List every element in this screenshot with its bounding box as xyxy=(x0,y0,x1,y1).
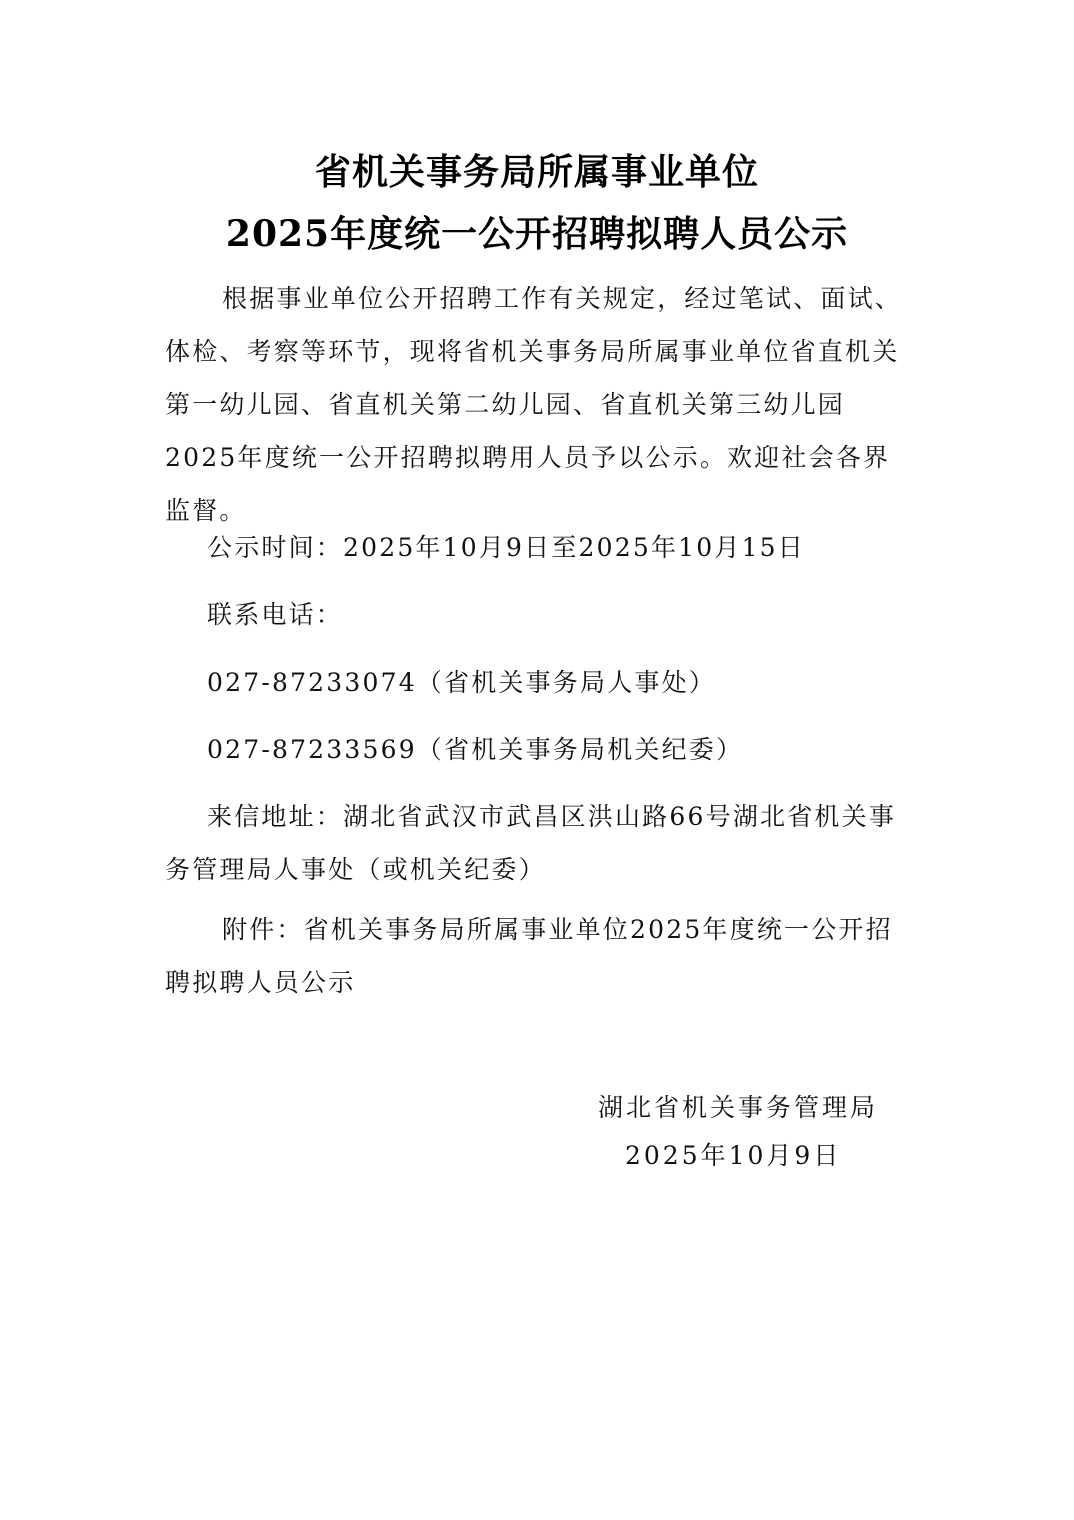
contact-label: 联系电话： xyxy=(207,597,343,633)
attachment-note: 附件：省机关事务局所属事业单位2025年度统一公开招聘拟聘人员公示 xyxy=(165,903,915,1009)
title-line-1: 省机关事务局所属事业单位 xyxy=(0,150,1074,194)
intro-paragraph: 根据事业单位公开招聘工作有关规定，经过笔试、面试、体检、考察等环节，现将省机关事… xyxy=(165,272,915,537)
mail-address: 来信地址：湖北省武汉市武昌区洪山路66号湖北省机关事务管理局人事处（或机关纪委） xyxy=(165,790,915,896)
publicity-period: 公示时间：2025年10月9日至2025年10月15日 xyxy=(207,530,805,566)
title-line-2: 2025年度统一公开招聘拟聘人员公示 xyxy=(0,212,1074,256)
phone-discipline: 027-87233569（省机关事务局机关纪委） xyxy=(207,732,743,768)
signature-date: 2025年10月9日 xyxy=(625,1138,841,1174)
signature-org: 湖北省机关事务管理局 xyxy=(598,1090,878,1126)
phone-hr: 027-87233074（省机关事务局人事处） xyxy=(207,665,716,701)
document-page: 省机关事务局所属事业单位 2025年度统一公开招聘拟聘人员公示 根据事业单位公开… xyxy=(0,0,1074,1520)
